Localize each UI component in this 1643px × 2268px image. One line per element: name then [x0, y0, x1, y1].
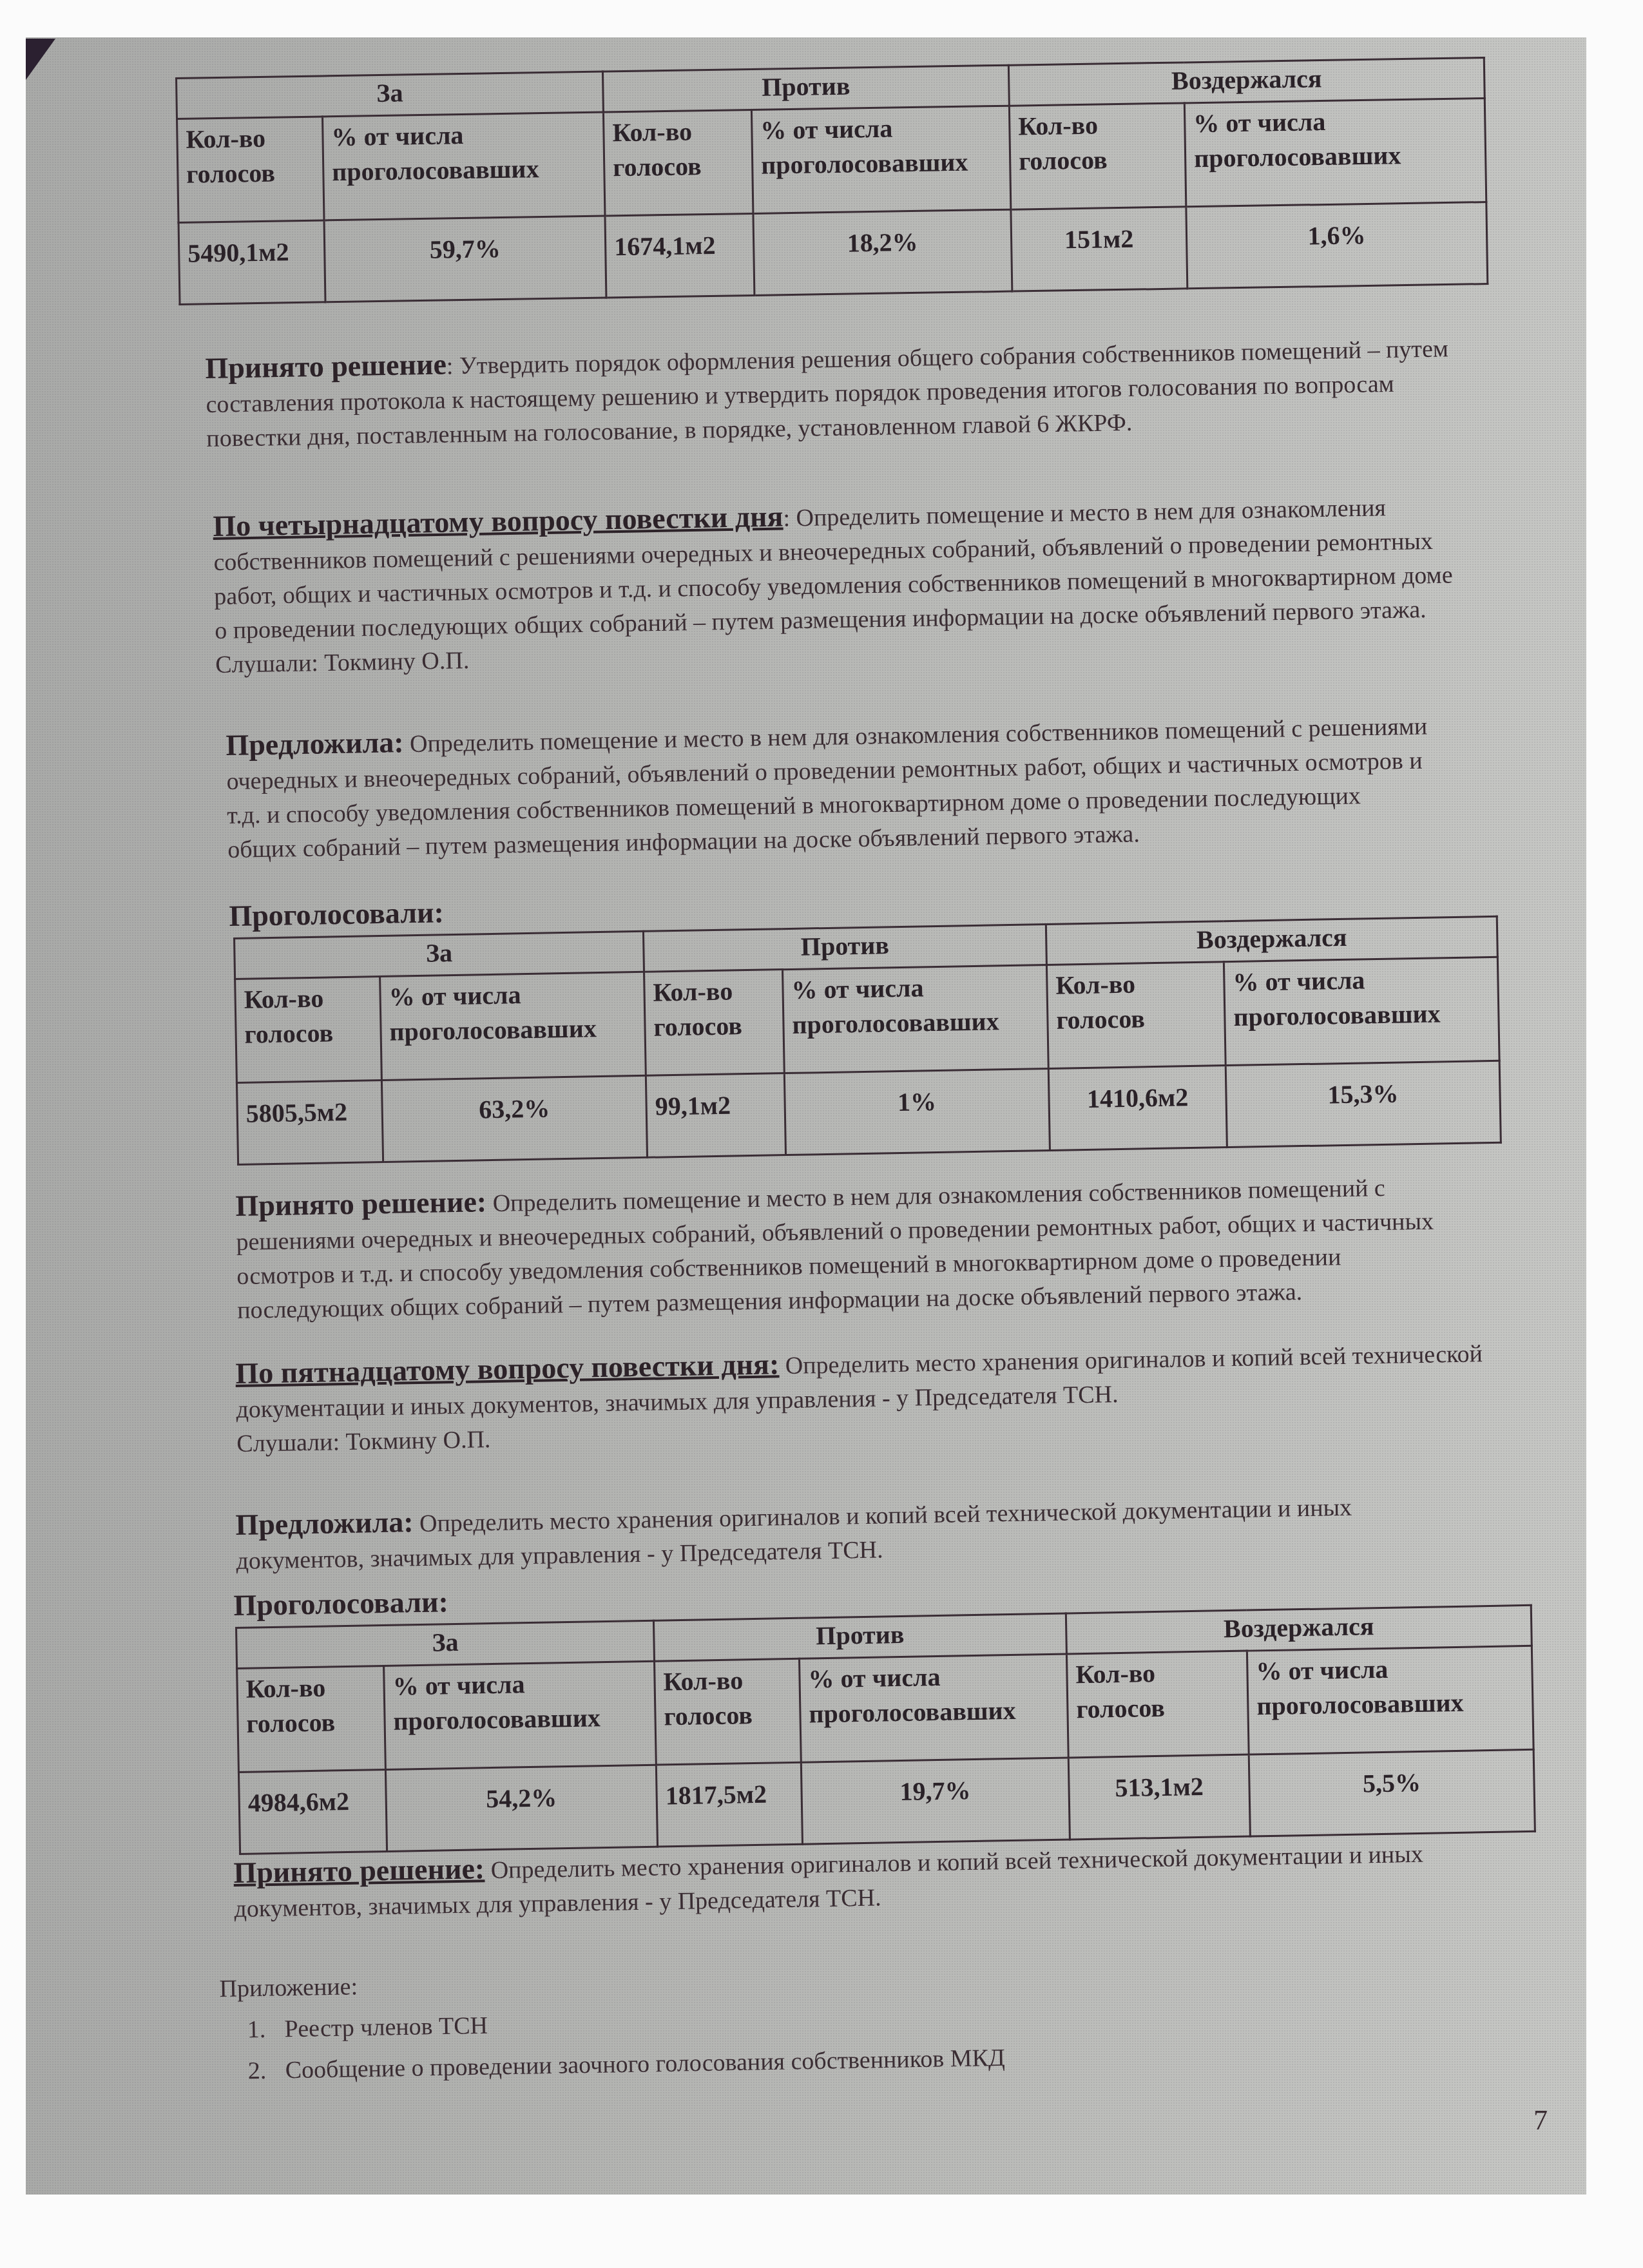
protiv-percent: 18,2%: [753, 209, 1012, 295]
subheader-count: Кол-во голосов: [1009, 103, 1186, 209]
protiv-count: 99,1м2: [646, 1073, 785, 1158]
header-za: За: [235, 931, 644, 979]
subheader-percent: % от числа проголосовавших: [1247, 1646, 1533, 1754]
protiv-percent: 1%: [784, 1068, 1050, 1155]
proposal-lead: Предложила:: [235, 1505, 414, 1541]
protiv-percent: 19,7%: [801, 1758, 1070, 1844]
vozd-percent: 15,3%: [1225, 1061, 1501, 1147]
protiv-count: 1817,5м2: [656, 1762, 802, 1847]
subheader-percent: % от числа проголосовавших: [782, 965, 1048, 1073]
header-protiv: Против: [602, 65, 1009, 112]
subheader-percent: % от числа проголосовавших: [799, 1654, 1068, 1762]
subheader-percent: % от числа проголосовавших: [751, 106, 1010, 213]
vote-table-q14: За Против Воздержался Кол-во голосов % о…: [233, 916, 1502, 1166]
decision-13: Принято решение: Утвердить порядок оформ…: [205, 329, 1470, 456]
subheader-count: Кол-во голосов: [1066, 1651, 1249, 1758]
voted-label-15: Проголосовали:: [233, 1584, 448, 1622]
protiv-count: 1674,1м2: [605, 213, 754, 298]
subheader-percent: % от числа проголосовавших: [380, 972, 646, 1080]
za-count: 4984,6м2: [238, 1769, 387, 1854]
proposal-14: Предложила: Определить помещение и место…: [226, 707, 1432, 867]
vozd-count: 151м2: [1011, 207, 1187, 291]
header-protiv: Против: [653, 1613, 1066, 1661]
vozd-count: 513,1м2: [1068, 1754, 1250, 1840]
decision-lead: Принято решение:: [235, 1185, 487, 1222]
za-count: 5490,1м2: [178, 220, 325, 305]
proposal-lead: Предложила:: [226, 726, 404, 762]
vote-table-q15: За Против Воздержался Кол-во голосов % о…: [235, 1604, 1536, 1855]
subheader-count: Кол-во голосов: [655, 1658, 802, 1765]
corner-mark: [26, 39, 55, 80]
za-percent: 59,7%: [324, 216, 606, 302]
decision-lead: Принято решение:: [233, 1852, 485, 1889]
proposal-text: Определить помещение и место в нем для о…: [226, 713, 1427, 863]
za-count: 5805,5м2: [236, 1081, 383, 1165]
subheader-percent: % от числа проголосовавших: [384, 1661, 657, 1769]
header-za: За: [236, 1620, 655, 1668]
za-percent: 63,2%: [381, 1075, 647, 1162]
subheader-count: Кол-во голосов: [1046, 962, 1225, 1069]
annex: Приложение: Реестр членов ТСН Сообщение …: [219, 1949, 1316, 2092]
vote-table-q13: За Против Воздержался Кол-во голосов % о…: [175, 57, 1488, 305]
subheader-count: Кол-во голосов: [237, 1666, 386, 1772]
subheader-percent: % от числа проголосовавших: [1184, 99, 1486, 207]
decision-14: Принято решение: Определить помещение и …: [235, 1168, 1468, 1328]
decision-lead: Принято решение: [205, 347, 447, 385]
voted-label-14: Проголосовали:: [229, 895, 444, 933]
header-za: За: [177, 72, 604, 119]
header-protiv: Против: [643, 924, 1046, 972]
subheader-count: Кол-во голосов: [644, 970, 785, 1076]
subheader-count: Кол-во голосов: [603, 110, 753, 216]
za-percent: 54,2%: [385, 1765, 657, 1851]
subheader-count: Кол-во голосов: [177, 117, 325, 223]
subheader-percent: % от числа проголосовавших: [1224, 957, 1499, 1065]
subheader-percent: % от числа проголосовавших: [322, 112, 604, 220]
page-number: 7: [1533, 2104, 1548, 2137]
question-15: По пятнадцатому вопросу повестки дня: Оп…: [235, 1334, 1500, 1461]
vozd-count: 1410,6м2: [1048, 1066, 1227, 1151]
subheader-count: Кол-во голосов: [235, 977, 382, 1083]
question-14: По четырнадцатому вопросу повестки дня: …: [213, 487, 1459, 682]
header-vozderzhalsya: Воздержался: [1008, 58, 1484, 106]
vozd-percent: 1,6%: [1186, 202, 1488, 289]
vozd-percent: 5,5%: [1249, 1749, 1535, 1836]
